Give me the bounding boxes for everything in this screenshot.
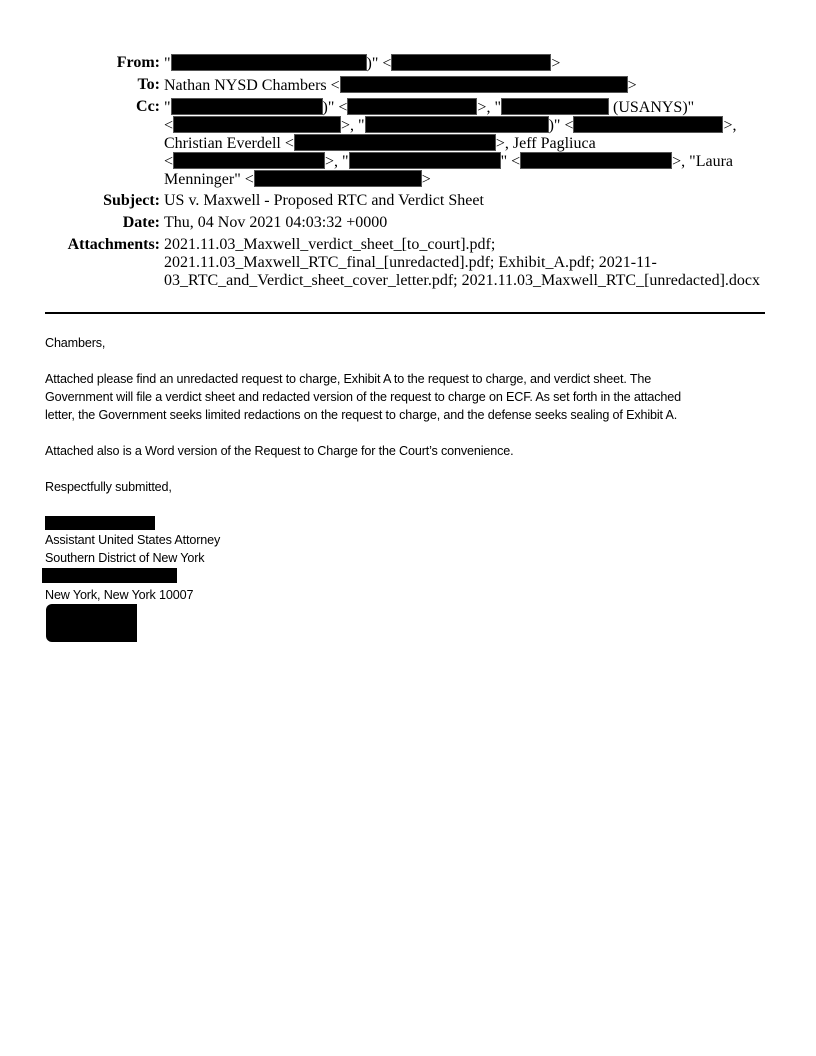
redacted-sender-email [391, 54, 551, 71]
cc-line-1: ")" <>, " (USANYS)" [164, 98, 694, 117]
cc-text: )" < [323, 99, 348, 116]
redacted-cc-name [501, 98, 609, 115]
attachments-label: Attachments: [0, 236, 160, 254]
date-label: Date: [0, 214, 160, 232]
redacted-cc-email [520, 152, 672, 169]
redacted-phone [46, 604, 137, 642]
redacted-cc-name [171, 98, 323, 115]
to-name: Nathan NYSD Chambers < [164, 77, 340, 94]
attachments-line-2: 2021.11.03_Maxwell_RTC_final_[unredacted… [164, 254, 657, 272]
from-value: ")" <> [164, 54, 560, 73]
signature-title: Assistant United States Attorney [45, 531, 220, 549]
redacted-cc-email [294, 134, 496, 151]
redacted-signer-name [45, 516, 155, 530]
cc-text: >, [723, 117, 736, 134]
cc-label: Cc: [0, 98, 160, 116]
to-close: > [628, 77, 637, 94]
cc-text: >, Jeff Pagliuca [496, 135, 596, 152]
redacted-cc-email [573, 116, 723, 133]
to-label: To: [0, 76, 160, 94]
cc-text: < [164, 153, 173, 170]
salutation: Chambers, [45, 334, 105, 352]
subject-value: US v. Maxwell - Proposed RTC and Verdict… [164, 192, 484, 210]
attachments-line-1: 2021.11.03_Maxwell_verdict_sheet_[to_cou… [164, 236, 495, 254]
from-label: From: [0, 54, 160, 72]
redacted-cc-email [347, 98, 477, 115]
header-divider [45, 312, 765, 314]
cc-line-3: Christian Everdell <>, Jeff Pagliuca [164, 134, 596, 153]
cc-line-5: Menninger" <> [164, 170, 431, 189]
cc-text: < [164, 117, 173, 134]
closing: Respectfully submitted, [45, 478, 172, 496]
paragraph-1-line-2: Government will file a verdict sheet and… [45, 388, 681, 406]
cc-line-2: <>, ")" <>, [164, 116, 737, 135]
redacted-street-address [42, 568, 177, 583]
from-sep: )" < [367, 55, 392, 72]
cc-text: Menninger" < [164, 171, 254, 188]
cc-text: >, " [325, 153, 349, 170]
redacted-cc-name [349, 152, 501, 169]
cc-line-4: <>, "" <>, "Laura [164, 152, 733, 171]
paragraph-2: Attached also is a Word version of the R… [45, 442, 513, 460]
redacted-cc-email [254, 170, 422, 187]
paragraph-1-line-1: Attached please find an unredacted reque… [45, 370, 651, 388]
to-value: Nathan NYSD Chambers <> [164, 76, 637, 95]
redacted-sender-name [171, 54, 367, 71]
paragraph-1-line-3: letter, the Government seeks limited red… [45, 406, 677, 424]
redacted-cc-email [173, 116, 341, 133]
subject-label: Subject: [0, 192, 160, 210]
cc-text: > [422, 171, 431, 188]
cc-text: >, "Laura [672, 153, 733, 170]
from-close: > [551, 55, 560, 72]
cc-text: Christian Everdell < [164, 135, 294, 152]
cc-text: )" < [549, 117, 574, 134]
redacted-cc-email [173, 152, 325, 169]
redacted-cc-name [365, 116, 549, 133]
date-value: Thu, 04 Nov 2021 04:03:32 +0000 [164, 214, 387, 232]
cc-text: (USANYS)" [613, 99, 694, 116]
cc-text: >, " [341, 117, 365, 134]
cc-text: " < [501, 153, 521, 170]
cc-text: >, " [477, 99, 501, 116]
signature-office: Southern District of New York [45, 549, 204, 567]
attachments-line-3: 03_RTC_and_Verdict_sheet_cover_letter.pd… [164, 272, 760, 290]
signature-city: New York, New York 10007 [45, 586, 193, 604]
redacted-to-email [340, 76, 628, 93]
